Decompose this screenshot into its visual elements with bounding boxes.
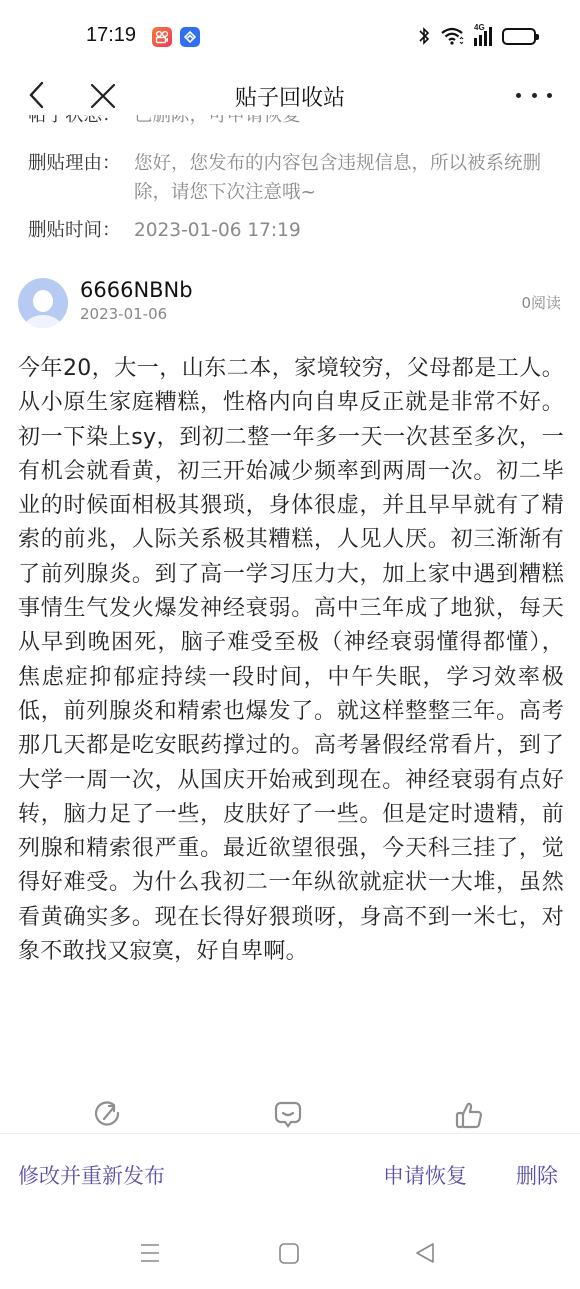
- post-date: 2023-01-06: [80, 305, 167, 323]
- share-button[interactable]: [92, 1100, 122, 1130]
- video-app-icon: [152, 27, 172, 47]
- status-time: 17:19: [86, 24, 136, 47]
- info-row-time: 删贴时间： 2023-01-06 17:19: [28, 216, 554, 245]
- comment-button[interactable]: [273, 1100, 303, 1130]
- edit-republish-button[interactable]: 修改并重新发布: [18, 1160, 165, 1190]
- system-nav-bar: [0, 1238, 580, 1268]
- post-actions: [0, 1100, 580, 1134]
- comment-icon: [273, 1100, 303, 1130]
- status-indicators: 4G: [418, 26, 536, 46]
- reason-label: 删贴理由：: [28, 149, 134, 207]
- delete-button[interactable]: 删除: [516, 1160, 558, 1190]
- time-value: 2023-01-06 17:19: [134, 216, 301, 245]
- menu-icon: [139, 1242, 161, 1264]
- 4g-signal-icon: 4G: [474, 26, 492, 46]
- dot-icon: [516, 93, 521, 98]
- like-icon: [454, 1100, 484, 1130]
- request-restore-button[interactable]: 申请恢复: [383, 1160, 467, 1190]
- status-label: 帖子状态：: [28, 115, 134, 130]
- info-row-reason: 删贴理由： 您好，您发布的内容包含违规信息，所以被系统删除，请您下次注意哦~: [28, 149, 554, 207]
- share-icon: [92, 1100, 122, 1130]
- more-options-button[interactable]: [516, 83, 552, 107]
- bottom-action-bar: 修改并重新发布 申请恢复 删除: [0, 1160, 580, 1200]
- status-bar: 17:19 4G: [0, 0, 580, 75]
- like-button[interactable]: [454, 1100, 484, 1130]
- system-home-button[interactable]: [278, 1242, 300, 1264]
- blue-app-icon: [180, 27, 200, 47]
- author-row: 6666NBNb 2023-01-06 0阅读: [18, 272, 563, 328]
- status-value: 已删除，可申请恢复: [134, 115, 301, 130]
- divider: [0, 1133, 580, 1134]
- wifi-icon: [440, 26, 464, 46]
- system-menu-button[interactable]: [139, 1242, 161, 1264]
- dot-icon: [547, 93, 552, 98]
- battery-icon: [502, 28, 536, 45]
- read-count: 0阅读: [521, 292, 561, 313]
- dot-icon: [532, 93, 537, 98]
- person-icon: [33, 290, 53, 312]
- system-back-button[interactable]: [414, 1242, 436, 1264]
- nav-bar: 贴子回收站: [0, 75, 580, 115]
- info-row-status: 帖子状态： 已删除，可申请恢复: [28, 115, 554, 130]
- reason-value: 您好，您发布的内容包含违规信息，所以被系统删除，请您下次注意哦~: [134, 149, 554, 207]
- deletion-info: 帖子状态： 已删除，可申请恢复 删贴理由： 您好，您发布的内容包含违规信息，所以…: [0, 115, 580, 250]
- author-name[interactable]: 6666NBNb: [80, 278, 193, 302]
- time-label: 删贴时间：: [28, 216, 134, 245]
- network-label: 4G: [474, 23, 485, 32]
- page-title: 贴子回收站: [0, 81, 580, 112]
- back-triangle-icon: [414, 1242, 436, 1264]
- home-icon: [278, 1242, 300, 1264]
- post-content: 今年20，大一，山东二本，家境较穷，父母都是工人。从小原生家庭糟糕，性格内向自卑…: [18, 352, 564, 969]
- avatar[interactable]: [18, 278, 68, 328]
- bluetooth-icon: [418, 26, 430, 46]
